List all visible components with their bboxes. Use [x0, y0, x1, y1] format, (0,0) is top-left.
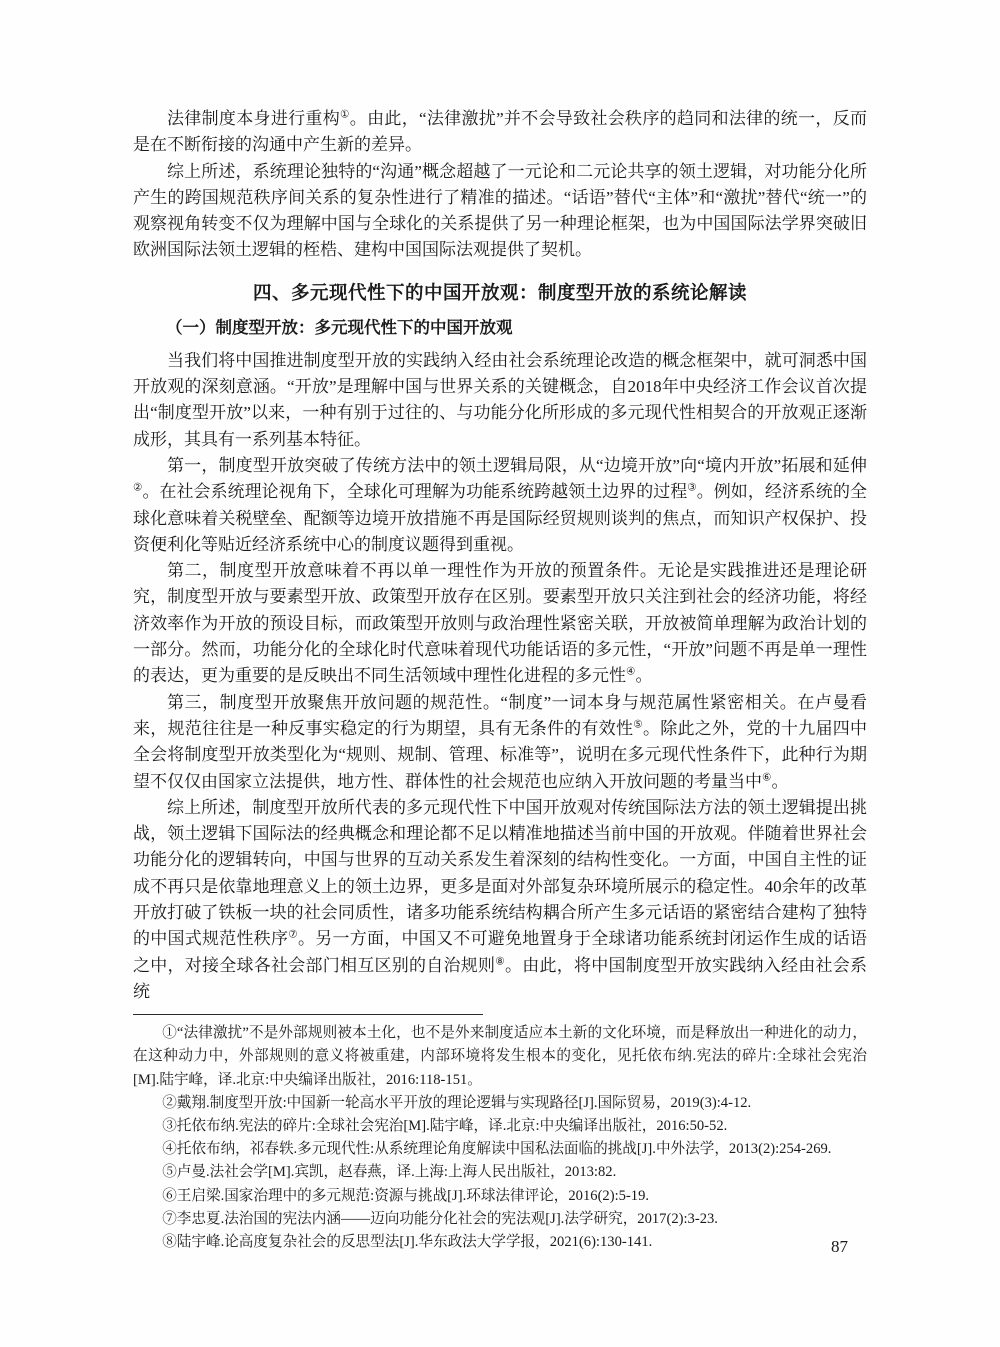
body-paragraph: 综上所述，制度型开放所代表的多元现代性下中国开放观对传统国际法方法的领土逻辑提出… [133, 795, 867, 1005]
article-body: 法律制度本身进行重构①。由此，“法律激扰”并不会导致社会秩序的趋同和法律的统一，… [133, 106, 867, 1005]
subsection-heading: （一）制度型开放：多元现代性下的中国开放观 [133, 315, 867, 341]
body-paragraph: 第二，制度型开放意味着不再以单一理性作为开放的预置条件。无论是实践推进还是理论研… [133, 558, 867, 689]
footnote-item: ③托依布纳.宪法的碎片:全球社会宪治[M].陆宇峰，译.北京:中央编译出版社，2… [133, 1115, 867, 1138]
section-heading: 四、多元现代性下的中国开放观：制度型开放的系统论解读 [133, 280, 867, 306]
footnote-item: ⑥王启梁.国家治理中的多元规范:资源与挑战[J].环球法律评论，2016(2):… [133, 1185, 867, 1208]
footnote-separator [133, 1014, 483, 1015]
body-paragraph: 综上所述，系统理论独特的“沟通”概念超越了一元论和二元论共享的领土逻辑，对功能分… [133, 159, 867, 264]
body-paragraph: 法律制度本身进行重构①。由此，“法律激扰”并不会导致社会秩序的趋同和法律的统一，… [133, 106, 867, 159]
footnote-item: ⑤卢曼.法社会学[M].宾凯，赵春燕，译.上海:上海人民出版社，2013:82. [133, 1161, 867, 1184]
page-number: 87 [831, 1237, 848, 1257]
footnotes-block: ①“法律激扰”不是外部规则被本土化，也不是外来制度适应本土新的文化环境，而是释放… [133, 1022, 867, 1254]
body-paragraph: 当我们将中国推进制度型开放的实践纳入经由社会系统理论改造的概念框架中，就可洞悉中… [133, 348, 867, 453]
footnote-item: ①“法律激扰”不是外部规则被本土化，也不是外来制度适应本土新的文化环境，而是释放… [133, 1022, 867, 1092]
document-page: 法律制度本身进行重构①。由此，“法律激扰”并不会导致社会秩序的趋同和法律的统一，… [0, 0, 1000, 1347]
footnote-item: ⑧陆宇峰.论高度复杂社会的反思型法[J].华东政法大学学报，2021(6):13… [133, 1231, 867, 1254]
body-paragraph: 第一，制度型开放突破了传统方法中的领土逻辑局限，从“边境开放”向“境内开放”拓展… [133, 453, 867, 558]
body-paragraph: 第三，制度型开放聚焦开放问题的规范性。“制度”一词本身与规范属性紧密相关。在卢曼… [133, 690, 867, 795]
footnote-item: ⑦李忠夏.法治国的宪法内涵——迈向功能分化社会的宪法观[J].法学研究，2017… [133, 1208, 867, 1231]
footnote-item: ④托依布纳，祁春轶.多元现代性:从系统理论角度解读中国私法面临的挑战[J].中外… [133, 1138, 867, 1161]
footnote-item: ②戴翔.制度型开放:中国新一轮高水平开放的理论逻辑与实现路径[J].国际贸易，2… [133, 1092, 867, 1115]
